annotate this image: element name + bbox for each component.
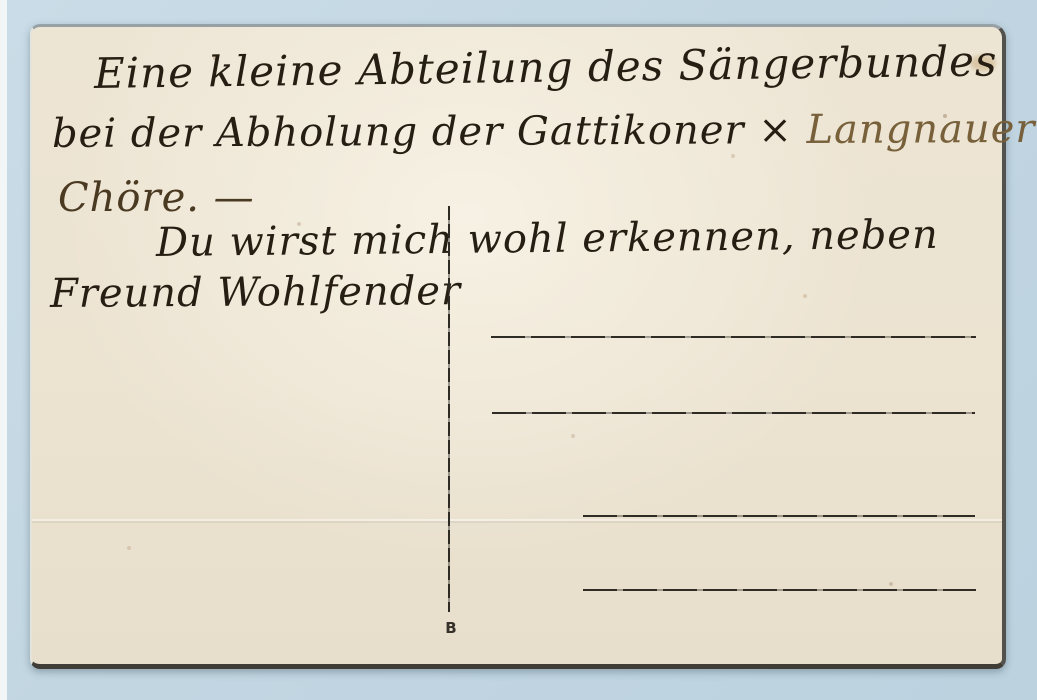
handwriting-segment-faded: Langnauer bbox=[793, 106, 1036, 153]
paper-speckles bbox=[32, 27, 34, 29]
postcard-photo: Eine kleine Abteilung des Sängerbundes b… bbox=[0, 0, 1037, 700]
handwriting-segment: Du wirst mich wohl erkennen, neben bbox=[156, 212, 939, 266]
handwriting-line-4: Du wirst mich wohl erkennen, neben bbox=[156, 212, 939, 266]
handwriting-segment: bei der Abholung der Gattikoner × bbox=[52, 107, 793, 157]
printer-mark: B bbox=[439, 619, 463, 637]
postcard-crease bbox=[32, 519, 1002, 523]
postcard-back: Eine kleine Abteilung des Sängerbundes b… bbox=[30, 24, 1006, 669]
handwriting-segment: Eine kleine Abteilung des Sängerbundes bbox=[94, 36, 998, 98]
address-rule-line-1 bbox=[491, 336, 976, 338]
handwriting-line-5: Freund Wohlfender bbox=[50, 268, 461, 317]
handwriting-line-1: Eine kleine Abteilung des Sängerbundes bbox=[94, 36, 998, 98]
handwriting-segment: Freund Wohlfender bbox=[50, 268, 461, 317]
handwriting-line-2: bei der Abholung der Gattikoner × Langna… bbox=[52, 106, 1036, 157]
photo-edge-strip bbox=[0, 0, 7, 700]
center-divider-line bbox=[448, 206, 450, 612]
address-rule-line-4 bbox=[583, 589, 976, 591]
handwriting-segment: Chöre. — bbox=[58, 175, 255, 221]
address-rule-line-2 bbox=[492, 412, 975, 414]
address-rule-line-3 bbox=[583, 515, 975, 517]
handwriting-line-3: Chöre. — bbox=[58, 175, 255, 221]
